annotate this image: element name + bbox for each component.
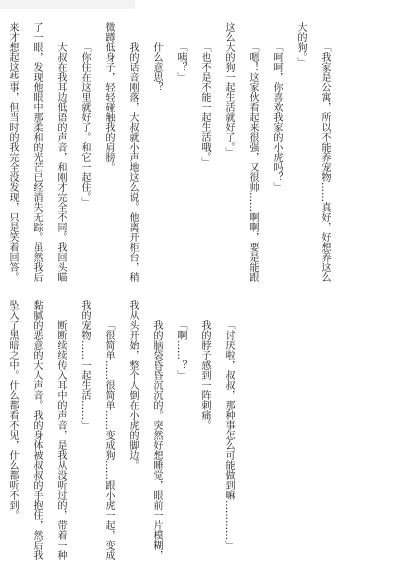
paragraph: 「嗯！这家伙看起来很强，又很帅……啊啊，要是能跟这么大的狗一起生活就好了。」 [216,22,264,282]
paragraph: 「你住在这里就好了。和它一起住。」 [72,22,96,282]
paragraph: 「呵呵，你喜欢我家的小虎吗？」 [264,22,288,282]
paragraph: 「咦？」 [168,22,192,282]
paragraph: 「啊……？」 [168,300,192,560]
paragraph: 「我家是公寓，所以不能养宠物……真好，好想养这么大的狗。」 [288,22,336,282]
paragraph: 我的脖子感到一阵刺痛。 [192,300,216,560]
paragraph: 什么意思？ [144,22,168,282]
paragraph: 大叔在我耳边低语的声音，和刚才完全不同。我回头瞄了一眼，发现他眼中那柔和的光芒已… [0,22,72,282]
page: 「我家是公寓，所以不能养宠物……真好，好想养这么大的狗。」「呵呵，你喜欢我家的小… [0,0,400,566]
paragraph: 我的话音刚落，大叔就小声地这么说。他离开柜台，稍微蹲低身子，轻轻碰触我的肩膀。 [96,22,144,282]
paragraph: 我的脑袋昏昏沉沉的。突然好想睡觉，眼前一片模糊，我从头开始，整个人倒在小虎的脚边… [120,300,168,560]
scan-artifact [0,0,135,9]
paragraph: 「讨厌啦，叔叔，那种事怎么可能做到嘛…………」 [216,300,240,560]
paragraph: 断断续续传入耳中的声音，是我从没听过的，带着一种黏腻的恶意的大人声音。我的身体被… [0,300,72,560]
text-tier-lower: 「讨厌啦，叔叔，那种事怎么可能做到嘛…………」我的脖子感到一阵刺痛。「啊……？」… [0,300,280,560]
paragraph: 「也不是不能一起生活哦。」 [192,22,216,282]
paragraph: 「很简单……很简单……变成狗……跟小虎一起，变成我的宠物……一起生活……」 [72,300,120,560]
text-tier-upper: 「我家是公寓，所以不能养宠物……真好，好想养这么大的狗。」「呵呵，你喜欢我家的小… [0,22,362,282]
